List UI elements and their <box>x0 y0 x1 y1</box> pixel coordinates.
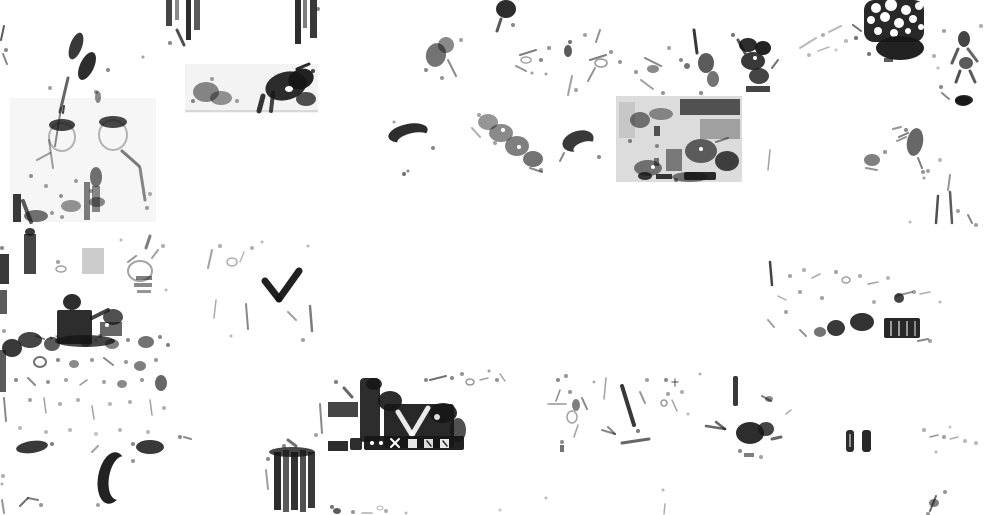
photo-dancer-figure-sketch <box>932 24 983 106</box>
photo-group-photo-dark <box>616 96 742 182</box>
photo-sketch-above-stadium <box>424 370 505 386</box>
photo-head-blob <box>560 127 601 161</box>
collage-marks-layer <box>0 0 985 515</box>
photo-dark-birds-cluster <box>731 33 778 92</box>
photo-scatter-and-blotch <box>661 373 791 460</box>
photo-two-dark-bars <box>846 430 871 452</box>
photo-parade-crowd <box>0 332 191 455</box>
photo-window-frame-right <box>295 0 320 44</box>
photo-foliage-dark-patch <box>853 0 924 62</box>
photo-left-edge-top-fragment <box>1 26 8 64</box>
photo-couple-portrait <box>10 98 156 222</box>
photo-bottom-center-specks <box>330 497 548 515</box>
photo-left-edge-mid-fragment <box>0 246 9 333</box>
photo-window-frame-left <box>166 0 200 45</box>
photo-girl-sketch-right <box>893 95 978 227</box>
photo-flowers-sketch <box>634 30 719 95</box>
photo-horses-photo <box>185 64 318 113</box>
photo-bottom-center-right-faint <box>662 489 666 515</box>
photo-bottom-left-arc <box>1 483 44 508</box>
photo-figure-with-checkmark <box>208 241 312 343</box>
photo-crowd-sketch-right <box>768 262 942 343</box>
photo-striped-curtain <box>266 440 315 512</box>
photo-dark-blob-mid <box>638 172 652 180</box>
photo-tiny-top-mid-specks <box>402 170 410 177</box>
photo-ski-figure-sketches <box>548 374 649 452</box>
photo-garden-scribbles <box>564 30 622 95</box>
photo-hair-crescent <box>387 120 435 150</box>
photo-faint-right-strip <box>922 426 978 454</box>
photo-stadium-photo-dark <box>314 378 466 451</box>
photo-faint-diagonal-scribble <box>800 26 848 57</box>
photo-faces-sketch-diagonal <box>472 113 543 172</box>
photo-interior-scene <box>24 228 168 347</box>
photo-collage-canvas <box>0 0 985 515</box>
photo-rider-sketch-cluster <box>423 37 551 80</box>
photo-bottom-right-curl <box>926 490 947 515</box>
photo-dark-blob-top-center <box>496 0 516 31</box>
photo-dark-crescent <box>92 446 135 507</box>
photo-left-bottom-edge-fragment <box>1 474 5 513</box>
